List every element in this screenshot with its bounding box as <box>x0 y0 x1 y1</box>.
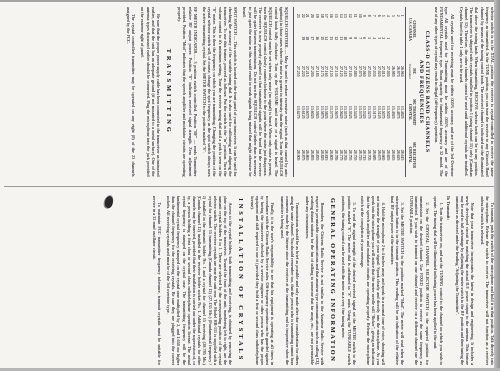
cell-canada: 14 <box>324 25 329 52</box>
table-row: 151227.13513.567528.785 <box>333 7 338 177</box>
squelch-control-paragraph: SQUELCH CONTROL — May be used to reduce … <box>242 7 289 177</box>
cell-us: 8 <box>366 7 371 25</box>
cell-canada: 19 <box>300 25 305 52</box>
cell-us: 10 <box>357 7 362 25</box>
transmitting-paragraph-1: Be sure that the proper power supply cab… <box>140 7 161 177</box>
table-row: 4127.00513.502528.655 <box>385 7 390 177</box>
cell-receiver: 28.665 <box>381 134 386 177</box>
installation-paragraph: Access to the crystal holders, both tran… <box>166 196 234 366</box>
cell-transmit: 13.5275 <box>366 91 371 134</box>
cell-canada: 6 <box>362 25 367 52</box>
cell-mc: 27.205 <box>309 52 314 91</box>
cell-mc: 26.965 <box>400 52 405 91</box>
cell-mc: 27.255 <box>295 52 300 91</box>
cell-canada: 18 <box>305 25 310 52</box>
cell-canada: 9 <box>347 25 352 52</box>
spot-switch-paragraph: SPOT SWITCH — This switch is located on … <box>202 7 238 177</box>
table-row: 10727.07513.537528.725 <box>357 7 362 177</box>
manual-page: selector switch is in the XTAL position … <box>0 0 500 371</box>
table-row: 171427.16513.582528.815 <box>324 7 329 177</box>
table-row: 221927.22513.612528.875 <box>300 7 305 177</box>
general-operating-heading: GENERAL OPERATING INFORMATION <box>329 196 336 366</box>
cell-us: 18 <box>319 7 324 25</box>
table-title-line1: CLASS-D CITIZENS BAND CHANNELS <box>424 7 430 177</box>
cell-us: 22 <box>300 7 305 25</box>
cell-canada: 12 <box>333 25 338 52</box>
cell-mc: 27.175 <box>319 52 324 91</box>
cell-us: 2 <box>395 7 400 25</box>
cell-canada <box>295 25 300 52</box>
cell-receiver: 28.685 <box>371 134 376 177</box>
cell-transmit: 13.4925 <box>390 91 395 134</box>
intro-paragraph: selector switch is in the XTAL position … <box>459 7 495 177</box>
cell-mc: 27.065 <box>362 52 367 91</box>
cell-canada: 13 <box>328 25 333 52</box>
cell-transmit: 13.4825 <box>400 91 405 134</box>
cell-receiver: 28.625 <box>395 134 400 177</box>
cell-receiver: 28.705 <box>366 134 371 177</box>
scan-edge-right <box>494 0 500 371</box>
cell-transmit: 13.5825 <box>324 91 329 134</box>
table-row: 161327.15513.577528.805 <box>328 7 333 177</box>
table-row: 141127.12513.562528.775 <box>338 7 343 177</box>
installation-heading: INSTALLATION OF CRYSTALS <box>237 196 244 366</box>
transmit-step: 2. Set the CRYSTAL CHANNEL SELECTOR SWIT… <box>409 196 430 366</box>
general-paragraph-3: Finally, it is the user's responsibility… <box>249 196 275 366</box>
cell-mc: 27.165 <box>324 52 329 91</box>
cell-mc: 27.005 <box>385 52 390 91</box>
cell-us: 7 <box>371 7 376 25</box>
cell-mc: 27.105 <box>347 52 352 91</box>
cell-mc: 27.035 <box>371 52 376 91</box>
cell-us: 9 <box>362 7 367 25</box>
cell-receiver: 28.635 <box>390 134 395 177</box>
cell-canada: 7 <box>357 25 362 52</box>
transmit-step: 4. Hold the microphone 2 to 4 inches awa… <box>360 196 386 366</box>
left-column: selector switch is in the XTAL position … <box>4 7 495 177</box>
cell-us: 15 <box>333 7 338 25</box>
transmit-step: 5. To read the signal strength of the de… <box>341 196 357 366</box>
cell-receiver: 28.785 <box>333 134 338 177</box>
cell-us: 12 <box>347 7 352 25</box>
cell-us: 21 <box>305 7 310 25</box>
cell-us: 6 <box>376 7 381 25</box>
cell-us: 3 <box>390 7 395 25</box>
table-row: 6327.02513.512528.675 <box>376 7 381 177</box>
cell-receiver: 28.905 <box>295 134 300 177</box>
fcc-tolerance-paragraph: To maintain FCC transmitter frequency to… <box>151 196 161 366</box>
column-divider-rule <box>4 186 495 187</box>
cell-receiver: 28.865 <box>305 134 310 177</box>
cell-us: 14 <box>338 7 343 25</box>
cell-mc: 27.135 <box>333 52 338 91</box>
cell-mc: 27.115 <box>343 52 348 91</box>
table-row: 11827.08513.542528.735 <box>352 7 357 177</box>
header-transmit-crystal: MC TRANSMIT CRYSTAL <box>407 91 415 134</box>
cell-receiver: 28.775 <box>338 134 343 177</box>
cell-canada: 2 <box>381 25 386 52</box>
cell-mc: 26.975 <box>395 52 400 91</box>
cell-canada <box>400 25 405 52</box>
cell-transmit: 13.5325 <box>362 91 367 134</box>
scan-edge-top <box>0 0 500 2</box>
cell-us: 4 <box>385 7 390 25</box>
table-row: 191627.18513.592528.835 <box>314 7 319 177</box>
cell-us: 5 <box>381 7 386 25</box>
cell-transmit: 13.5875 <box>319 91 324 134</box>
cell-transmit: 13.5525 <box>347 91 352 134</box>
cell-us: 17 <box>324 7 329 25</box>
transmitting-paragraph-2: The crystal controlled transmitter may b… <box>126 7 136 177</box>
cell-receiver: 28.715 <box>362 134 367 177</box>
table-row: 9627.06513.532528.715 <box>362 7 367 177</box>
cell-transmit: 13.6125 <box>300 91 305 134</box>
cell-us: 20 <box>309 7 314 25</box>
cell-transmit: 13.5925 <box>314 91 319 134</box>
cell-receiver: 28.875 <box>300 134 305 177</box>
cell-canada: 1 <box>385 25 390 52</box>
cell-receiver: 28.615 <box>400 134 405 177</box>
cell-us: 11 <box>352 7 357 25</box>
cell-receiver: 28.805 <box>328 134 333 177</box>
cell-transmit: 13.6275 <box>295 91 300 134</box>
table-row: 8527.05513.527528.705 <box>366 7 371 177</box>
table-row: 181527.17513.587528.825 <box>319 7 324 177</box>
table-row: 7427.03513.517528.685 <box>371 7 376 177</box>
cell-canada: 17 <box>309 25 314 52</box>
cell-receiver: 28.855 <box>309 134 314 177</box>
cell-canada: 8 <box>352 25 357 52</box>
cell-mc: 27.025 <box>376 52 381 91</box>
cell-mc: 27.215 <box>305 52 310 91</box>
header-receiver-crystal: MC RECEIVER CRYSTAL <box>407 134 415 177</box>
cell-receiver: 28.835 <box>314 134 319 177</box>
table-row: 126.96513.482528.615 <box>400 7 405 177</box>
cell-us: 16 <box>328 7 333 25</box>
cell-transmit: 13.6075 <box>305 91 310 134</box>
cell-us: 19 <box>314 7 319 25</box>
cell-transmit: 13.5775 <box>328 91 333 134</box>
cell-transmit: 13.5175 <box>371 91 376 134</box>
push-to-talk-paragraph: To transmit, push the switch of the micr… <box>479 196 495 366</box>
cell-transmit: 13.5025 <box>385 91 390 134</box>
to-transmit-label: To Transmit: <box>446 196 451 366</box>
cell-mc: 26.985 <box>390 52 395 91</box>
cell-transmit: 13.5425 <box>352 91 357 134</box>
cell-mc: 27.125 <box>338 52 343 91</box>
header-channel: CHANNEL U.S. CANADA <box>407 7 415 52</box>
right-column: To transmit, push the switch of the micr… <box>4 196 495 366</box>
cell-canada <box>395 25 400 52</box>
table-row: 12927.10513.552528.755 <box>347 7 352 177</box>
cell-receiver: 28.675 <box>376 134 381 177</box>
cell-receiver: 28.755 <box>347 134 352 177</box>
table-title-line2: AND FREQUENCIES <box>418 7 424 177</box>
cell-receiver: 28.725 <box>357 134 362 177</box>
cell-us: 13 <box>343 7 348 25</box>
cell-transmit: 13.5675 <box>333 91 338 134</box>
transmit-step: 3. Set the METER SWITCH to the position … <box>390 196 406 366</box>
transmitting-heading: TRANSMITTING <box>165 7 172 177</box>
cell-canada: 16 <box>314 25 319 52</box>
cell-mc: 27.055 <box>366 52 371 91</box>
header-mc: MC Transmitter <box>407 52 415 91</box>
table-body: 126.96513.482528.615226.97513.487528.625… <box>293 7 405 177</box>
table-row: 226.97513.487528.625 <box>395 7 400 177</box>
crystal-accuracy-paragraph: All crystals used for receiving must be … <box>434 7 455 177</box>
transmit-steps-list: 1. Turn the transceiver on, and set the … <box>341 196 443 366</box>
transmit-step: 1. Turn the transceiver on, and set the … <box>433 196 443 366</box>
table-row: 5227.01513.507528.665 <box>381 7 386 177</box>
cell-receiver: 28.655 <box>385 134 390 177</box>
cell-transmit: 13.5575 <box>343 91 348 134</box>
channel-frequency-table: CLASS-D CITIZENS BAND CHANNELS AND FREQU… <box>293 7 430 177</box>
table-row: 2327.25513.627528.905 <box>295 7 300 177</box>
cell-canada: 5 <box>366 25 371 52</box>
table-row: 326.98513.492528.635 <box>390 7 395 177</box>
cell-receiver: 28.765 <box>343 134 348 177</box>
cell-mc: 27.155 <box>328 52 333 91</box>
cell-transmit: 13.5125 <box>376 91 381 134</box>
cell-receiver: 28.815 <box>324 134 329 177</box>
cell-receiver: 28.825 <box>319 134 324 177</box>
rotated-page-stage: selector switch is in the XTAL position … <box>0 0 500 371</box>
table-row: 131027.11513.557528.765 <box>343 7 348 177</box>
cell-transmit: 13.5625 <box>338 91 343 134</box>
cell-us: 23 <box>295 7 300 25</box>
cell-canada: 3 <box>376 25 381 52</box>
cell-canada: 4 <box>371 25 376 52</box>
cell-mc: 27.075 <box>357 52 362 91</box>
table-row: 211827.21513.607528.865 <box>305 7 310 177</box>
cell-canada: 15 <box>319 25 324 52</box>
note-paragraph: Note that your transceiver incorporates … <box>455 196 476 366</box>
cell-mc: 27.085 <box>352 52 357 91</box>
cell-canada <box>390 25 395 52</box>
cell-mc: 27.185 <box>314 52 319 91</box>
cell-us: 1 <box>400 7 405 25</box>
cell-transmit: 13.5375 <box>357 91 362 134</box>
general-paragraph-2: Transmissions should be as brief as poss… <box>280 196 301 366</box>
cell-transmit: 13.6025 <box>309 91 314 134</box>
cell-transmit: 13.5075 <box>381 91 386 134</box>
cell-receiver: 28.735 <box>352 134 357 177</box>
table-row: 201727.20513.602528.855 <box>309 7 314 177</box>
rf-meter-paragraph: RF METER INDICATOR...... 3 position swit… <box>177 7 198 177</box>
cell-canada: 10 <box>343 25 348 52</box>
cell-canada: 11 <box>338 25 343 52</box>
general-paragraph-1: Remember, the Citizens Radio Service is … <box>304 196 325 366</box>
table-header-row: CHANNEL U.S. CANADA MC Transmitter MC TR… <box>405 7 415 177</box>
cell-mc: 27.225 <box>300 52 305 91</box>
cell-mc: 27.015 <box>381 52 386 91</box>
cell-transmit: 13.4875 <box>395 91 400 134</box>
